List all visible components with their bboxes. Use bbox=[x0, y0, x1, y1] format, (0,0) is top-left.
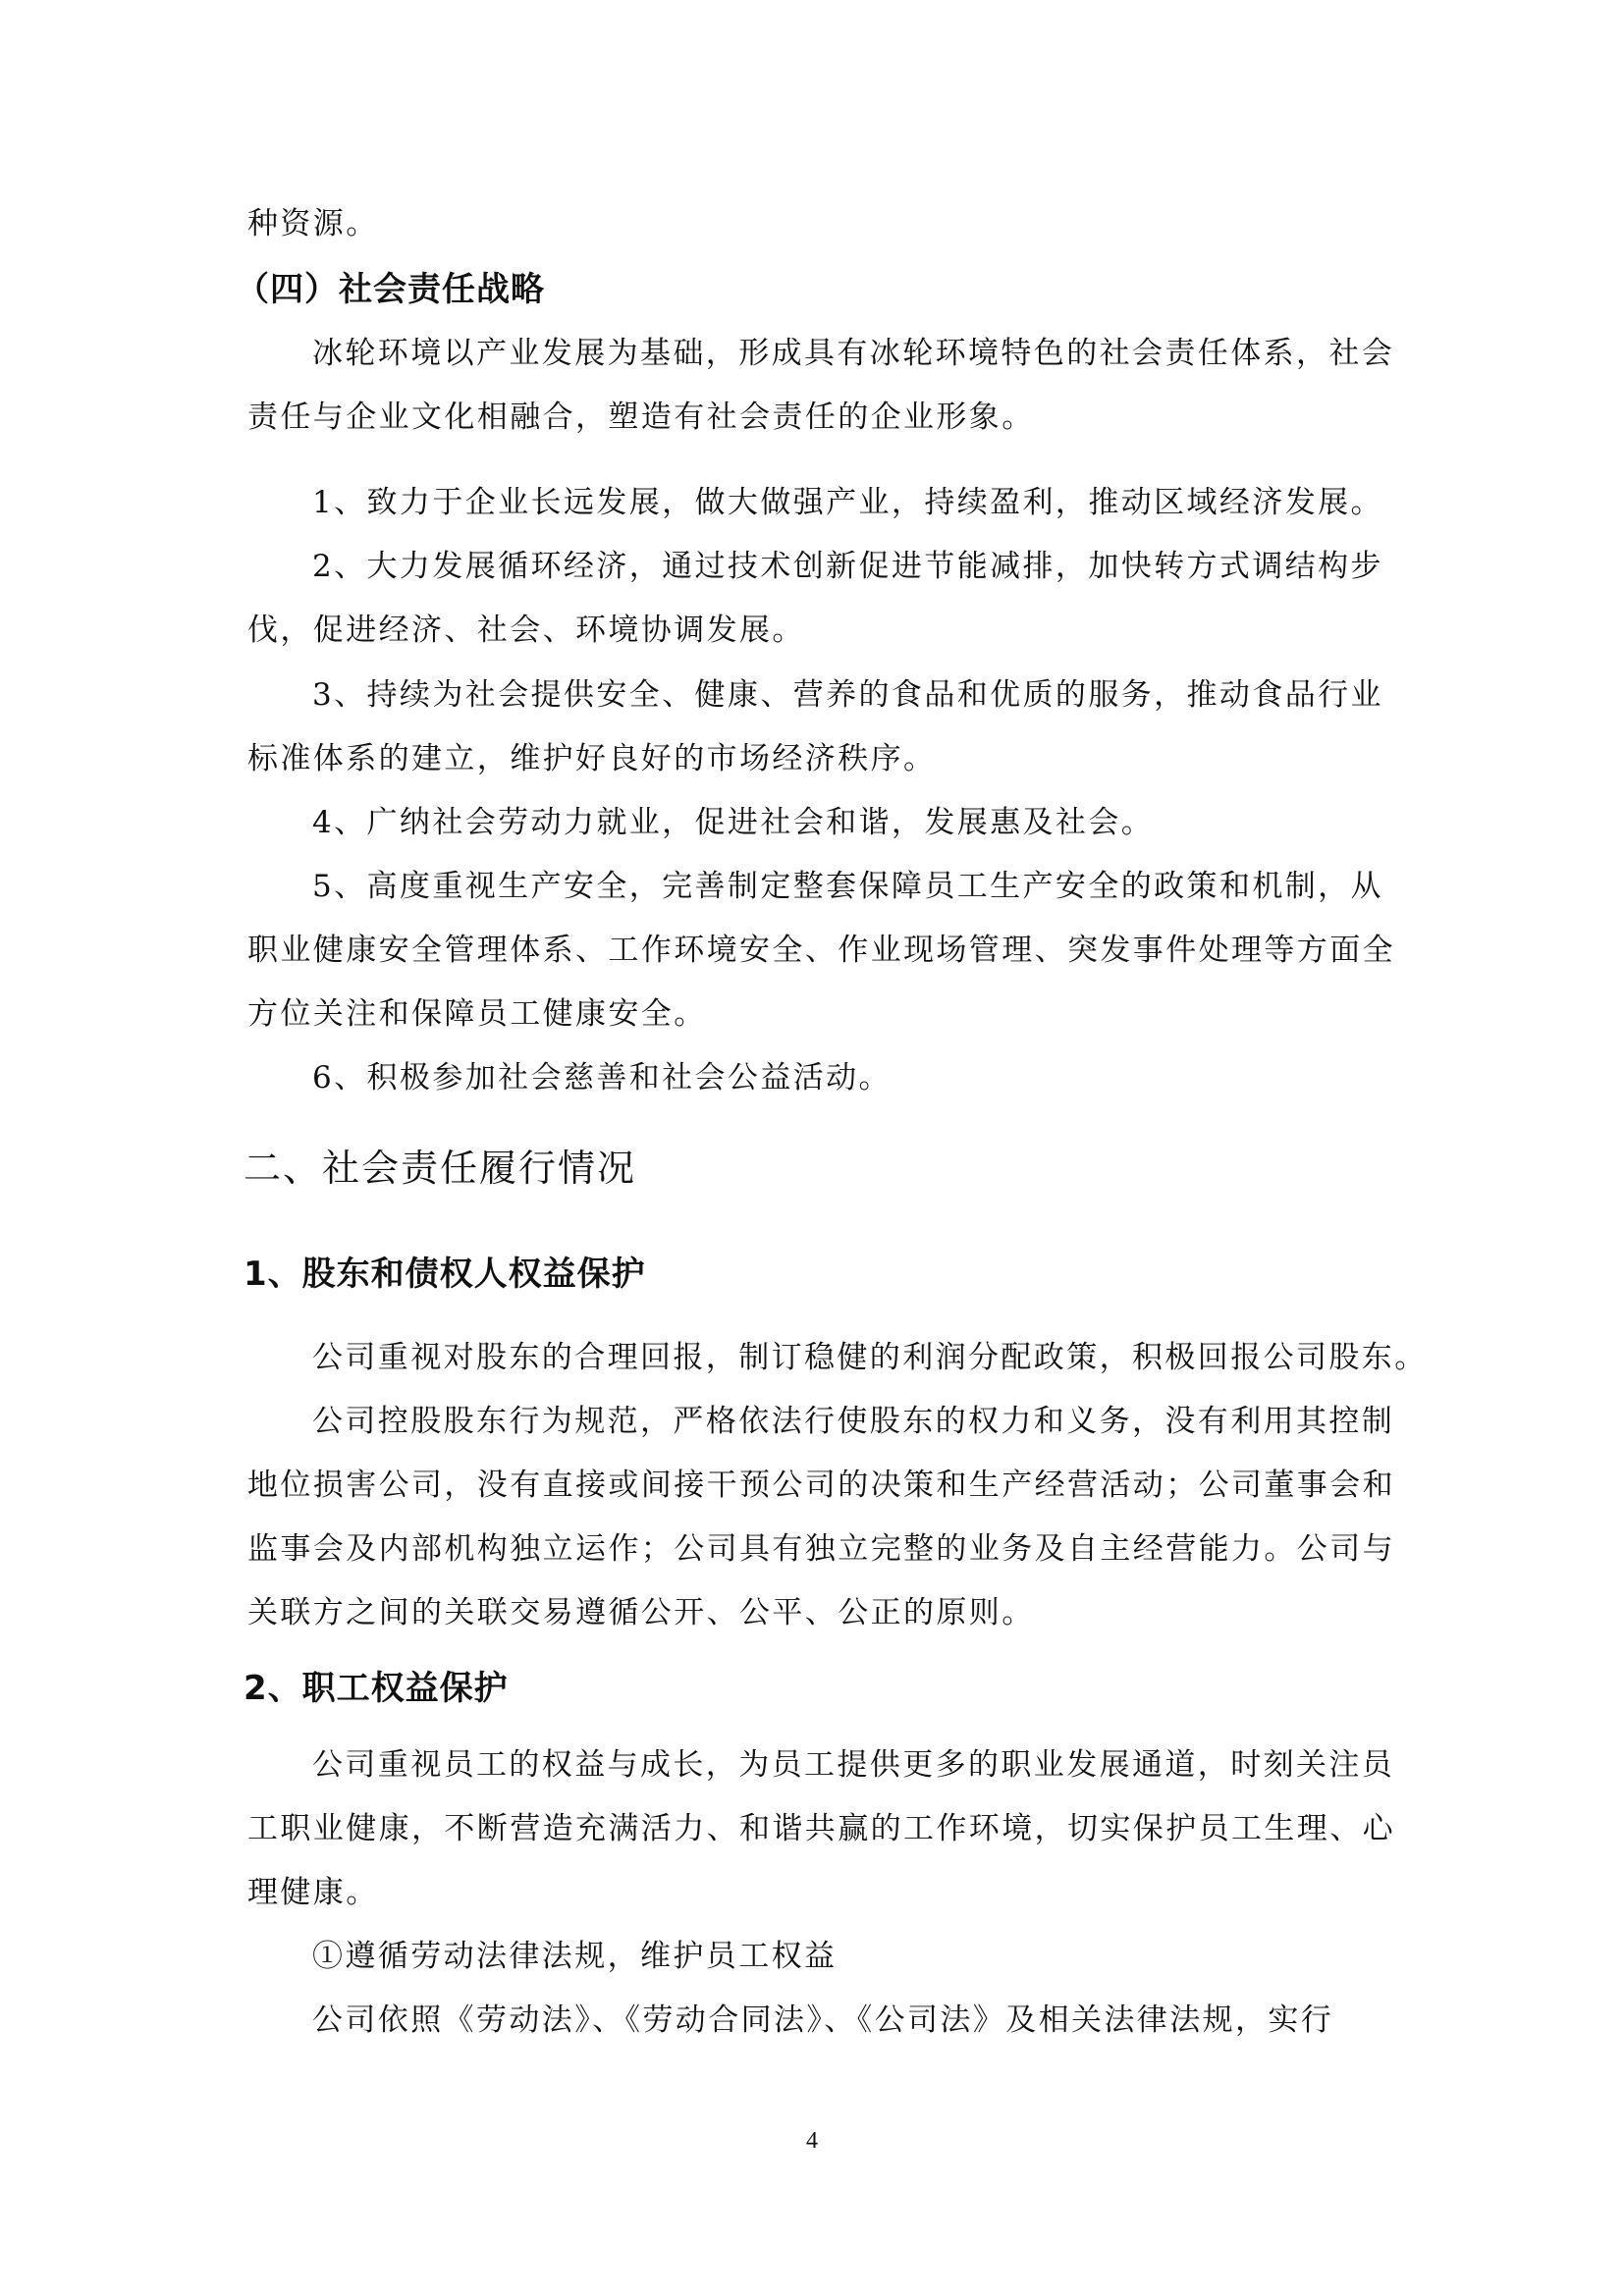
paragraph-line: 公司依照《劳动法》、《劳动合同法》、《公司法》及相关法律法规，实行 bbox=[312, 2001, 1451, 2040]
paragraph-line: 地位损害公司，没有直接或间接干预公司的决策和生产经营活动；公司董事会和 bbox=[247, 1466, 1386, 1505]
chapter-heading: 二、社会责任履行情况 bbox=[244, 1148, 1382, 1188]
subsection-heading: ①遵循劳动法律法规，维护员工权益 bbox=[312, 1937, 1451, 1976]
paragraph-line: 公司重视员工的权益与成长，为员工提供更多的职业发展通道，时刻关注员 bbox=[312, 1745, 1451, 1785]
list-item-6: 6、积极参加社会慈善和社会公益活动。 bbox=[312, 1058, 1451, 1097]
document-page: 种资源。 （四）社会责任战略 冰轮环境以产业发展为基础，形成具有冰轮环境特色的社… bbox=[0, 0, 1624, 2296]
list-item-3-cont: 标准体系的建立，维护好良好的市场经济秩序。 bbox=[247, 739, 1386, 778]
list-item-5-cont: 职业健康安全管理体系、工作环境安全、作业现场管理、突发事件处理等方面全 bbox=[247, 931, 1386, 970]
list-item-2-cont: 伐，促进经济、社会、环境协调发展。 bbox=[247, 611, 1386, 650]
page-number: 4 bbox=[0, 2128, 1624, 2155]
list-item-2: 2、大力发展循环经济，通过技术创新促进节能减排，加快转方式调结构步 bbox=[312, 547, 1451, 586]
paragraph-line: 关联方之间的关联交易遵循公开、公平、公正的原则。 bbox=[247, 1593, 1386, 1632]
section-heading-employees: 2、职工权益保护 bbox=[244, 1669, 1382, 1708]
list-item-4: 4、广纳社会劳动力就业，促进社会和谐，发展惠及社会。 bbox=[312, 803, 1451, 842]
carryover-text: 种资源。 bbox=[247, 204, 1386, 243]
list-item-1: 1、致力于企业长远发展，做大做强产业，持续盈利，推动区域经济发展。 bbox=[312, 483, 1451, 522]
paragraph-line: 公司重视对股东的合理回报，制订稳健的利润分配政策，积极回报公司股东。 bbox=[312, 1338, 1451, 1377]
paragraph-line: 理健康。 bbox=[247, 1873, 1386, 1912]
paragraph-line: 监事会及内部机构独立运作；公司具有独立完整的业务及自主经营能力。公司与 bbox=[247, 1529, 1386, 1569]
section-heading-shareholders: 1、股东和债权人权益保护 bbox=[244, 1255, 1382, 1294]
list-item-3: 3、持续为社会提供安全、健康、营养的食品和优质的服务，推动食品行业 bbox=[312, 675, 1451, 715]
paragraph-line: 工职业健康，不断营造充满活力、和谐共赢的工作环境，切实保护员工生理、心 bbox=[247, 1809, 1386, 1848]
list-item-5-cont: 方位关注和保障员工健康安全。 bbox=[247, 994, 1386, 1034]
paragraph-line: 责任与企业文化相融合，塑造有社会责任的企业形象。 bbox=[247, 398, 1386, 437]
list-item-5: 5、高度重视生产安全，完善制定整套保障员工生产安全的政策和机制，从 bbox=[312, 867, 1451, 906]
paragraph-line: 公司控股股东行为规范，严格依法行使股东的权力和义务，没有利用其控制 bbox=[312, 1402, 1451, 1441]
section-heading-strategy: （四）社会责任战略 bbox=[236, 270, 1375, 309]
paragraph-line: 冰轮环境以产业发展为基础，形成具有冰轮环境特色的社会责任体系，社会 bbox=[312, 334, 1451, 373]
